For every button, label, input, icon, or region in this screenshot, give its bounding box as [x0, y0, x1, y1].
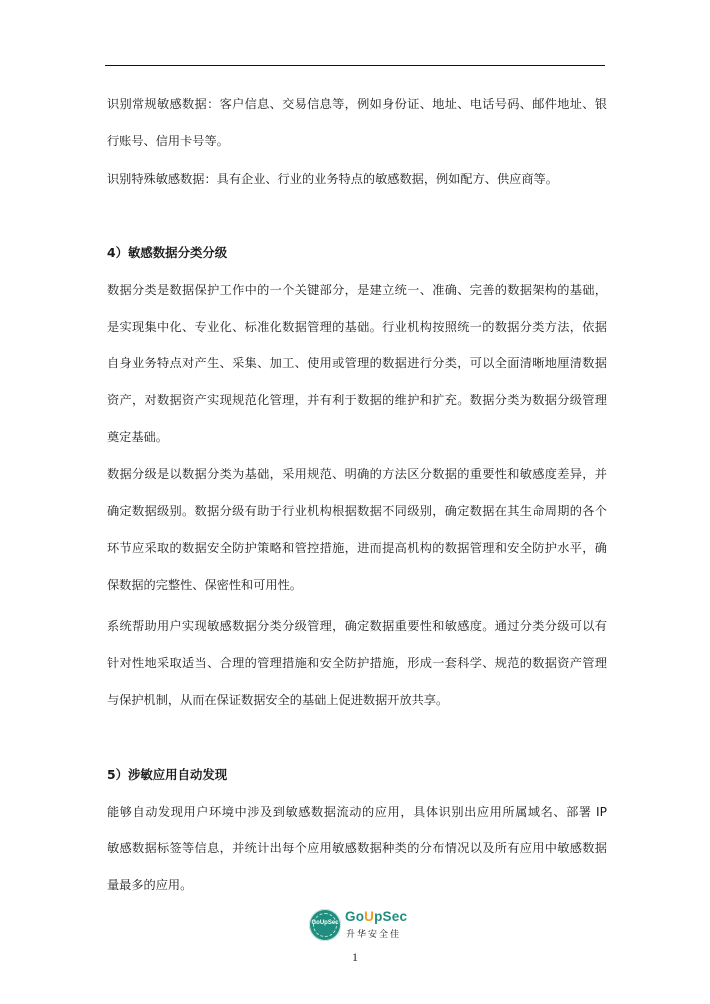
- page-number: 1: [349, 950, 361, 965]
- paragraph-line: 环节应采取的数据安全防护策略和管控措施，进而提高机构的数据管理和安全防护水平，确: [107, 540, 607, 556]
- paragraph-line: 识别特殊敏感数据：具有企业、行业的业务特点的敏感数据，例如配方、供应商等。: [107, 171, 607, 187]
- paragraph-line: 针对性地采取适当、合理的管理措施和安全防护措施，形成一套科学、规范的数据资产管理: [107, 655, 607, 671]
- paragraph-line: 数据分级是以数据分类为基础，采用规范、明确的方法区分数据的重要性和敏感度差异，并: [107, 466, 607, 482]
- section-heading: 5）涉敏应用自动发现: [107, 767, 607, 783]
- paragraph-line: 行账号、信用卡号等。: [107, 133, 607, 149]
- paragraph-line: 自身业务特点对产生、采集、加工、使用或管理的数据进行分类，可以全面清晰地厘清数据: [107, 355, 607, 371]
- logo-wordmark-post: pSec: [374, 909, 407, 924]
- paragraph-line: 是实现集中化、专业化、标准化数据管理的基础。行业机构按照统一的数据分类方法，依据: [107, 319, 607, 335]
- header-rule: [105, 65, 605, 66]
- logo-wordmark: GoUpSec: [345, 909, 407, 924]
- logo-wordmark-accent: U: [364, 909, 374, 924]
- logo-tagline: 升华安全佳: [346, 927, 401, 940]
- logo-emblem-text: GoUpSec: [309, 920, 341, 926]
- logo-wordmark-pre: Go: [345, 909, 364, 924]
- paragraph-line: 确定数据级别。数据分级有助于行业机构根据数据不同级别，确定数据在其生命周期的各个: [107, 503, 607, 519]
- paragraph-line: 资产，对数据资产实现规范化管理，并有利于数据的维护和扩充。数据分类为数据分级管理: [107, 392, 607, 408]
- paragraph-line: 识别常规敏感数据：客户信息、交易信息等，例如身份证、地址、电话号码、邮件地址、银: [107, 96, 607, 112]
- paragraph-line: 量最多的应用。: [107, 877, 607, 893]
- paragraph-line: 保数据的完整性、保密性和可用性。: [107, 577, 607, 593]
- logo-emblem-icon: GoUpSec: [309, 909, 341, 941]
- section-heading: 4）敏感数据分类分级: [107, 245, 607, 261]
- paragraph-line: 与保护机制，从而在保证数据安全的基础上促进数据开放共享。: [107, 692, 607, 708]
- paragraph-line: 数据分类是数据保护工作中的一个关键部分，是建立统一、准确、完善的数据架构的基础，: [107, 282, 607, 298]
- paragraph-line: 能够自动发现用户环境中涉及到敏感数据流动的应用，具体识别出应用所属域名、部署 I…: [107, 804, 607, 820]
- paragraph-line: 奠定基础。: [107, 429, 607, 445]
- footer-logo: GoUpSec GoUpSec 升华安全佳: [309, 909, 409, 945]
- paragraph-line: 敏感数据标签等信息，并统计出每个应用敏感数据种类的分布情况以及所有应用中敏感数据: [107, 840, 607, 856]
- paragraph-line: 系统帮助用户实现敏感数据分类分级管理，确定数据重要性和敏感度。通过分类分级可以有: [107, 618, 607, 634]
